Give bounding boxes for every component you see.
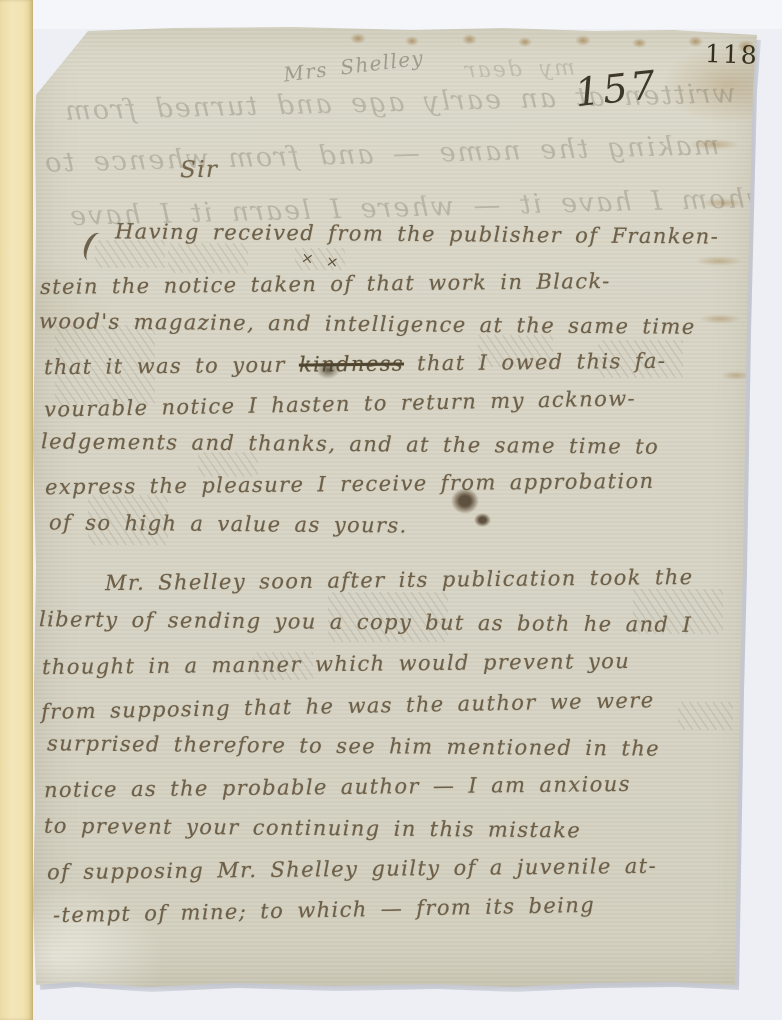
letter-line: thought in a manner which would prevent … bbox=[42, 649, 630, 679]
letter-line: Mr. Shelley soon after its publication t… bbox=[105, 565, 694, 595]
background-top-band bbox=[33, 0, 782, 29]
album-guard-strip bbox=[0, 0, 33, 1020]
glue-stain bbox=[518, 37, 532, 47]
stain-streak bbox=[699, 314, 741, 324]
stain-streak bbox=[695, 256, 743, 266]
letter-line: ledgements and thanks, and at the same t… bbox=[41, 429, 659, 458]
letter-line: of supposing Mr. Shelley guilty of a juv… bbox=[47, 854, 657, 884]
ink-blot bbox=[474, 513, 491, 527]
glue-stain bbox=[632, 38, 647, 48]
showthrough-line: my dear bbox=[463, 56, 576, 84]
letter-line: express the pleasure I receive from appr… bbox=[45, 469, 655, 499]
letter-line: liberty of sending you a copy but as bot… bbox=[39, 607, 692, 637]
pencil-annotation: Mrs Shelley bbox=[282, 45, 425, 86]
letter-line: of so high a value as yours. bbox=[49, 510, 408, 537]
ink-blot bbox=[451, 488, 479, 514]
scanned-letter-background: written at an early age and turned from … bbox=[0, 0, 782, 1020]
strikethrough-word: kindness bbox=[299, 351, 404, 376]
glue-stain bbox=[405, 36, 419, 46]
ink-scribble-blot bbox=[316, 361, 340, 379]
letter-line-segment: that it was to your bbox=[44, 353, 299, 380]
glue-stain bbox=[575, 35, 591, 46]
glue-stain bbox=[462, 34, 477, 45]
letter-page: written at an early age and turned from … bbox=[33, 27, 757, 987]
letter-line-segment: that I owed this fa- bbox=[404, 349, 667, 376]
glue-stain bbox=[688, 36, 703, 47]
hatch-marks bbox=[95, 240, 165, 268]
letter-line: to prevent your continuing in this mista… bbox=[44, 814, 581, 843]
hatch-marks bbox=[678, 702, 733, 730]
letter-line: stein the notice taken of that work in B… bbox=[40, 269, 611, 299]
manuscript-page-number: 157 bbox=[573, 63, 661, 116]
letter-line: that it was to your kindness that I owed… bbox=[44, 349, 667, 380]
letter-line: from supposing that he was the author we… bbox=[41, 688, 655, 724]
salutation: Sir bbox=[180, 157, 219, 183]
hatch-marks bbox=[168, 243, 248, 273]
letter-line: surprised therefore to see him mentioned… bbox=[47, 731, 660, 760]
letter-line: notice as the probable author — I am anx… bbox=[44, 772, 631, 802]
folio-number: 118 bbox=[705, 39, 760, 70]
letter-line: -tempt of mine; to which — from its bein… bbox=[53, 893, 595, 927]
showthrough-line: making the name — and from whence to bbox=[43, 130, 720, 179]
glue-stain bbox=[350, 33, 366, 44]
